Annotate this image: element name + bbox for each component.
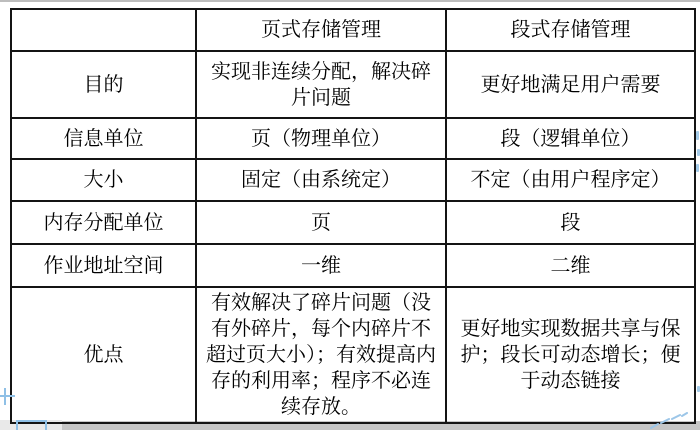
annotation-dash-icon	[696, 164, 699, 172]
cell-purpose-segment: 更好地满足用户需要	[446, 51, 695, 118]
cell-allocation-unit-label: 内存分配单位	[11, 201, 196, 244]
cell-info-unit-segment: 段（逻辑单位）	[446, 118, 695, 159]
table-row: 信息单位 页（物理单位） 段（逻辑单位）	[11, 118, 695, 159]
table-row: 作业地址空间 一维 二维	[11, 244, 695, 287]
column-header-page-management: 页式存储管理	[196, 9, 446, 51]
annotation-squiggle-icon	[648, 412, 690, 430]
table-row: 优点 有效解决了碎片问题（没有外碎片，每个内碎片不超过页大小）；有效提高内存的利…	[11, 287, 695, 423]
window-top-edge	[0, 0, 700, 2]
cell-size-label: 大小	[11, 159, 196, 201]
annotation-dash-icon	[696, 131, 699, 140]
cell-info-unit-page: 页（物理单位）	[196, 118, 446, 159]
column-header-segment-management: 段式存储管理	[446, 9, 695, 51]
crop-mark-icon	[0, 395, 15, 397]
cell-size-page: 固定（由系统定）	[196, 159, 446, 201]
comparison-table: 页式存储管理 段式存储管理 目的 实现非连续分配，解决碎片问题 更好地满足用户需…	[10, 8, 696, 424]
table-header-row: 页式存储管理 段式存储管理	[11, 9, 695, 51]
table-row: 大小 固定（由系统定） 不定（由用户程序定）	[11, 159, 695, 201]
cell-size-segment: 不定（由用户程序定）	[446, 159, 695, 201]
cell-allocation-unit-segment: 段	[446, 201, 695, 244]
table-row: 目的 实现非连续分配，解决碎片问题 更好地满足用户需要	[11, 51, 695, 118]
annotation-square-icon	[16, 420, 47, 430]
cell-advantages-segment: 更好地实现数据共享与保护；段长可动态增长；便于动态链接	[446, 287, 695, 423]
cell-address-space-page: 一维	[196, 244, 446, 287]
header-empty-cell	[11, 9, 196, 51]
table-row: 内存分配单位 页 段	[11, 201, 695, 244]
cell-advantages-page: 有效解决了碎片问题（没有外碎片，每个内碎片不超过页大小）；有效提高内存的利用率；…	[196, 287, 446, 423]
cell-purpose-page: 实现非连续分配，解决碎片问题	[196, 51, 446, 118]
cell-allocation-unit-page: 页	[196, 201, 446, 244]
cell-purpose-label: 目的	[11, 51, 196, 118]
cell-info-unit-label: 信息单位	[11, 118, 196, 159]
cell-advantages-label: 优点	[11, 287, 196, 423]
cell-address-space-segment: 二维	[446, 244, 695, 287]
cell-address-space-label: 作业地址空间	[11, 244, 196, 287]
